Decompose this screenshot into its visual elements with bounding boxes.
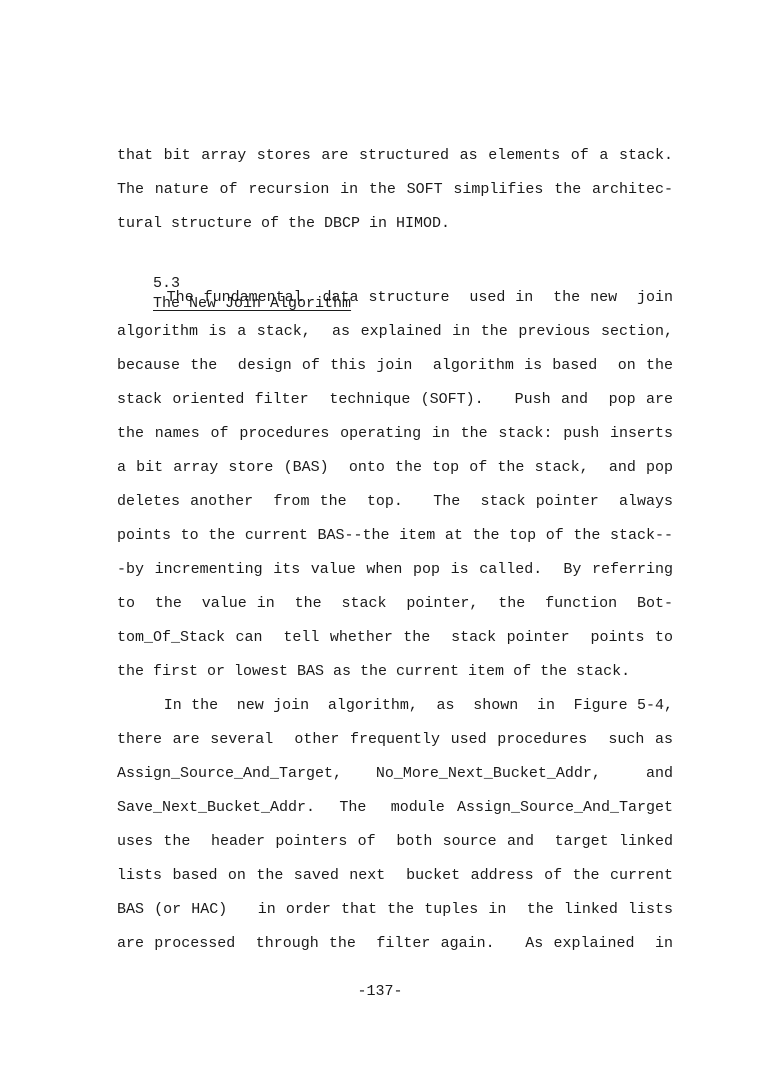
para1-line-1: The fundamental data structure used in t… bbox=[117, 288, 673, 308]
intro-line-2: The nature of recursion in the SOFT simp… bbox=[117, 180, 673, 200]
para1-line-6: a bit array store (BAS) onto the top of … bbox=[117, 458, 673, 478]
para1-line-8: points to the current BAS--the item at t… bbox=[117, 526, 673, 546]
para1-line-3: because the design of this join algorith… bbox=[117, 356, 673, 376]
para1-line-9: -by incrementing its value when pop is c… bbox=[117, 560, 673, 580]
para1-line-4: stack oriented filter technique (SOFT). … bbox=[117, 390, 673, 410]
document-page: that bit array stores are structured as … bbox=[0, 0, 760, 1089]
para1-line-12: the first or lowest BAS as the current i… bbox=[117, 662, 673, 682]
para1-line-11: tom_Of_Stack can tell whether the stack … bbox=[117, 628, 673, 648]
para1-line-7: deletes another from the top. The stack … bbox=[117, 492, 673, 512]
para2-line-3: Assign_Source_And_Target, No_More_Next_B… bbox=[117, 764, 673, 784]
para2-line-4: Save_Next_Bucket_Addr. The module Assign… bbox=[117, 798, 673, 818]
para2-line-8: are processed through the filter again. … bbox=[117, 934, 673, 954]
intro-line-1: that bit array stores are structured as … bbox=[117, 146, 673, 166]
para2-line-1: In the new join algorithm, as shown in F… bbox=[117, 696, 673, 716]
para2-line-6: lists based on the saved next bucket add… bbox=[117, 866, 673, 886]
para2-line-5: uses the header pointers of both source … bbox=[117, 832, 673, 852]
para2-line-7: BAS (or HAC) in order that the tuples in… bbox=[117, 900, 673, 920]
intro-line-3: tural structure of the DBCP in HIMOD. bbox=[117, 214, 673, 234]
para1-line-2: algorithm is a stack, as explained in th… bbox=[117, 322, 673, 342]
page-number: -137- bbox=[0, 982, 760, 1002]
para1-line-10: to the value in the stack pointer, the f… bbox=[117, 594, 673, 614]
para1-line-5: the names of procedures operating in the… bbox=[117, 424, 673, 444]
para2-line-2: there are several other frequently used … bbox=[117, 730, 673, 750]
